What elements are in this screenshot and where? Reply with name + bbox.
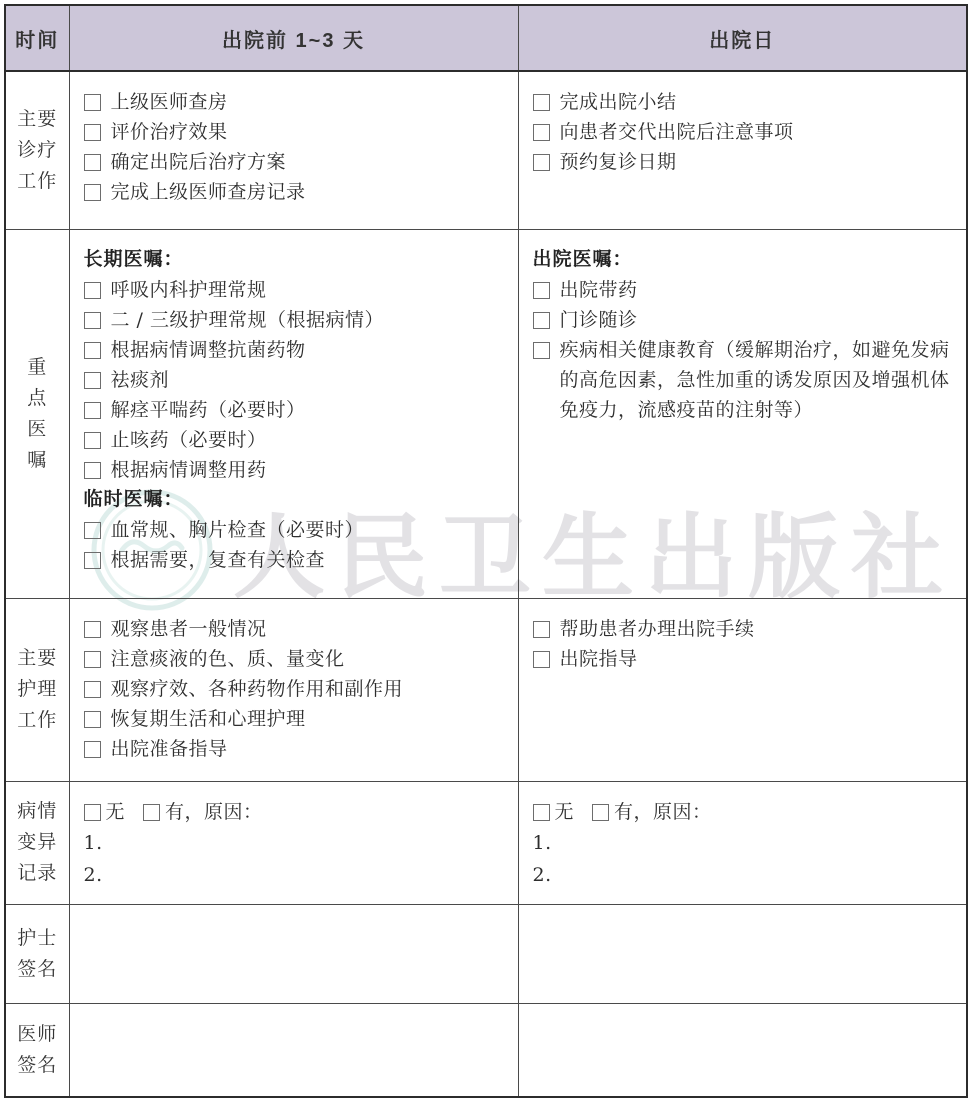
checklist-item: 血常规、胸片检查（必要时） bbox=[84, 515, 510, 545]
checkbox-has-reason[interactable] bbox=[592, 804, 609, 821]
row-label-line: 护士 bbox=[7, 923, 68, 954]
checkbox[interactable] bbox=[533, 342, 550, 359]
header-discharge-day: 出院日 bbox=[518, 5, 967, 71]
checkbox-none[interactable] bbox=[84, 804, 101, 821]
option-none-label: 无 bbox=[106, 797, 126, 827]
checklist-item-label: 血常规、胸片检查（必要时） bbox=[111, 515, 510, 545]
checklist-item: 二 / 三级护理常规（根据病情） bbox=[84, 305, 510, 335]
row-label-line: 重 bbox=[7, 352, 68, 383]
checklist-item: 预约复诊日期 bbox=[533, 147, 959, 177]
row-main-nursing: 主要 护理 工作 观察患者一般情况 注意痰液的色、质、量变化 观察疗效、各种药物… bbox=[5, 598, 967, 781]
row-label-line: 护理 bbox=[7, 674, 68, 705]
checkbox[interactable] bbox=[84, 372, 101, 389]
checklist-item-label: 呼吸内科护理常规 bbox=[111, 275, 510, 305]
checklist-item: 解痉平喘药（必要时） bbox=[84, 395, 510, 425]
physician-signature-field-pre-days[interactable] bbox=[69, 1003, 518, 1097]
row-label-nurse-signature: 护士 签名 bbox=[5, 904, 69, 1003]
row-label-main-treatment: 主要 诊疗 工作 bbox=[5, 71, 69, 229]
row-key-orders: 重 点 医 嘱 长期医嘱： 呼吸内科护理常规 二 / 三级护理常规（根据病情） … bbox=[5, 229, 967, 598]
checkbox-has-reason[interactable] bbox=[143, 804, 160, 821]
reason-line-2[interactable]: 2. bbox=[533, 859, 959, 891]
checkbox-none[interactable] bbox=[533, 804, 550, 821]
section-heading-discharge-orders: 出院医嘱： bbox=[533, 245, 959, 275]
checklist-item: 完成上级医师查房记录 bbox=[84, 177, 510, 207]
checklist-item: 出院准备指导 bbox=[84, 734, 510, 764]
cell-orders-pre-days: 长期医嘱： 呼吸内科护理常规 二 / 三级护理常规（根据病情） 根据病情调整抗菌… bbox=[69, 229, 518, 598]
cell-treatment-discharge-day: 完成出院小结 向患者交代出院后注意事项 预约复诊日期 bbox=[518, 71, 967, 229]
row-label-variation-record: 病情 变异 记录 bbox=[5, 781, 69, 904]
cell-treatment-pre-days: 上级医师查房 评价治疗效果 确定出院后治疗方案 完成上级医师查房记录 bbox=[69, 71, 518, 229]
checklist-item: 出院带药 bbox=[533, 275, 959, 305]
checkbox[interactable] bbox=[84, 154, 101, 171]
checklist-item-label: 观察患者一般情况 bbox=[111, 614, 510, 644]
cell-orders-discharge-day: 出院医嘱： 出院带药 门诊随诊 疾病相关健康教育（缓解期治疗，如避免发病的高危因… bbox=[518, 229, 967, 598]
checkbox[interactable] bbox=[84, 651, 101, 668]
checklist-item: 上级医师查房 bbox=[84, 87, 510, 117]
checkbox[interactable] bbox=[533, 154, 550, 171]
checklist-item-label: 根据病情调整抗菌药物 bbox=[111, 335, 510, 365]
checklist-item-label: 完成上级医师查房记录 bbox=[111, 177, 510, 207]
cell-nursing-discharge-day: 帮助患者办理出院手续 出院指导 bbox=[518, 598, 967, 781]
row-nurse-signature: 护士 签名 bbox=[5, 904, 967, 1003]
cell-variation-discharge-day: 无 有，原因： 1. 2. bbox=[518, 781, 967, 904]
checklist-item: 确定出院后治疗方案 bbox=[84, 147, 510, 177]
option-none-label: 无 bbox=[555, 797, 575, 827]
checklist-item: 门诊随诊 bbox=[533, 305, 959, 335]
checkbox[interactable] bbox=[84, 432, 101, 449]
checkbox[interactable] bbox=[533, 651, 550, 668]
checklist-item: 呼吸内科护理常规 bbox=[84, 275, 510, 305]
checkbox[interactable] bbox=[84, 741, 101, 758]
checklist-item-label: 止咳药（必要时） bbox=[111, 425, 510, 455]
row-label-line: 记录 bbox=[7, 858, 68, 889]
row-variation-record: 病情 变异 记录 无 有，原因： 1. 2. 无 有，原因： 1. 2. bbox=[5, 781, 967, 904]
checklist-item-label: 祛痰剂 bbox=[111, 365, 510, 395]
row-label-line: 医 bbox=[7, 414, 68, 445]
row-label-physician-signature: 医师 签名 bbox=[5, 1003, 69, 1097]
row-label-line: 工作 bbox=[7, 166, 68, 197]
checkbox[interactable] bbox=[84, 312, 101, 329]
checklist-item-label: 完成出院小结 bbox=[560, 87, 959, 117]
checkbox[interactable] bbox=[533, 94, 550, 111]
checklist-item-label: 疾病相关健康教育（缓解期治疗，如避免发病的高危因素，急性加重的诱发原因及增强机体… bbox=[560, 335, 959, 425]
clinical-pathway-table: 时间 出院前 1~3 天 出院日 主要 诊疗 工作 上级医师查房 评价治疗效果 … bbox=[4, 4, 968, 1098]
nurse-signature-field-discharge-day[interactable] bbox=[518, 904, 967, 1003]
checklist-item-label: 评价治疗效果 bbox=[111, 117, 510, 147]
row-label-main-nursing: 主要 护理 工作 bbox=[5, 598, 69, 781]
reason-line-1[interactable]: 1. bbox=[533, 827, 959, 859]
checklist-item: 疾病相关健康教育（缓解期治疗，如避免发病的高危因素，急性加重的诱发原因及增强机体… bbox=[533, 335, 959, 425]
checklist-item-label: 解痉平喘药（必要时） bbox=[111, 395, 510, 425]
checklist-item: 祛痰剂 bbox=[84, 365, 510, 395]
header-pre-discharge-days: 出院前 1~3 天 bbox=[69, 5, 518, 71]
checkbox[interactable] bbox=[84, 522, 101, 539]
checkbox[interactable] bbox=[533, 312, 550, 329]
checklist-item: 帮助患者办理出院手续 bbox=[533, 614, 959, 644]
row-label-line: 变异 bbox=[7, 827, 68, 858]
row-main-treatment: 主要 诊疗 工作 上级医师查房 评价治疗效果 确定出院后治疗方案 完成上级医师查… bbox=[5, 71, 967, 229]
row-label-key-orders: 重 点 医 嘱 bbox=[5, 229, 69, 598]
checklist-item-label: 出院指导 bbox=[560, 644, 959, 674]
checklist-item-label: 上级医师查房 bbox=[111, 87, 510, 117]
checkbox[interactable] bbox=[533, 282, 550, 299]
row-label-line: 工作 bbox=[7, 705, 68, 736]
row-label-line: 主要 bbox=[7, 104, 68, 135]
checkbox[interactable] bbox=[533, 621, 550, 638]
checklist-item-label: 出院准备指导 bbox=[111, 734, 510, 764]
cell-variation-pre-days: 无 有，原因： 1. 2. bbox=[69, 781, 518, 904]
row-label-line: 嘱 bbox=[7, 445, 68, 476]
checkbox[interactable] bbox=[84, 124, 101, 141]
row-label-line: 医师 bbox=[7, 1019, 68, 1050]
row-label-line: 签名 bbox=[7, 954, 68, 985]
checklist-item-label: 预约复诊日期 bbox=[560, 147, 959, 177]
section-heading-long-term-orders: 长期医嘱： bbox=[84, 245, 510, 275]
section-heading-temporary-orders: 临时医嘱： bbox=[84, 485, 510, 515]
variation-options: 无 有，原因： bbox=[533, 797, 959, 827]
checklist-item: 止咳药（必要时） bbox=[84, 425, 510, 455]
row-label-line: 诊疗 bbox=[7, 135, 68, 166]
checklist-item: 向患者交代出院后注意事项 bbox=[533, 117, 959, 147]
checklist-item: 注意痰液的色、质、量变化 bbox=[84, 644, 510, 674]
table-header-row: 时间 出院前 1~3 天 出院日 bbox=[5, 5, 967, 71]
option-has-label: 有，原因： bbox=[165, 797, 263, 827]
checkbox[interactable] bbox=[84, 621, 101, 638]
option-has-label: 有，原因： bbox=[614, 797, 712, 827]
checkbox[interactable] bbox=[84, 94, 101, 111]
checkbox[interactable] bbox=[84, 402, 101, 419]
checkbox[interactable] bbox=[84, 184, 101, 201]
checklist-item: 恢复期生活和心理护理 bbox=[84, 704, 510, 734]
checklist-item-label: 二 / 三级护理常规（根据病情） bbox=[111, 305, 510, 335]
checklist-item: 观察患者一般情况 bbox=[84, 614, 510, 644]
checklist-item: 评价治疗效果 bbox=[84, 117, 510, 147]
checklist-item-label: 确定出院后治疗方案 bbox=[111, 147, 510, 177]
checkbox[interactable] bbox=[84, 342, 101, 359]
physician-signature-field-discharge-day[interactable] bbox=[518, 1003, 967, 1097]
checkbox[interactable] bbox=[84, 552, 101, 569]
checklist-item-label: 帮助患者办理出院手续 bbox=[560, 614, 959, 644]
checklist-item-label: 恢复期生活和心理护理 bbox=[111, 704, 510, 734]
nurse-signature-field-pre-days[interactable] bbox=[69, 904, 518, 1003]
reason-line-1[interactable]: 1. bbox=[84, 827, 510, 859]
variation-options: 无 有，原因： bbox=[84, 797, 510, 827]
checklist-item: 根据病情调整抗菌药物 bbox=[84, 335, 510, 365]
checklist-item: 根据需要，复查有关检查 bbox=[84, 545, 510, 575]
checklist-item: 观察疗效、各种药物作用和副作用 bbox=[84, 674, 510, 704]
checklist-item-label: 出院带药 bbox=[560, 275, 959, 305]
row-label-line: 病情 bbox=[7, 796, 68, 827]
cell-nursing-pre-days: 观察患者一般情况 注意痰液的色、质、量变化 观察疗效、各种药物作用和副作用 恢复… bbox=[69, 598, 518, 781]
reason-line-2[interactable]: 2. bbox=[84, 859, 510, 891]
checkbox[interactable] bbox=[84, 681, 101, 698]
checklist-item-label: 根据病情调整用药 bbox=[111, 455, 510, 485]
checklist-item: 根据病情调整用药 bbox=[84, 455, 510, 485]
checklist-item-label: 向患者交代出院后注意事项 bbox=[560, 117, 959, 147]
checkbox[interactable] bbox=[84, 462, 101, 479]
row-label-line: 点 bbox=[7, 383, 68, 414]
checklist-item-label: 观察疗效、各种药物作用和副作用 bbox=[111, 674, 510, 704]
row-label-line: 主要 bbox=[7, 643, 68, 674]
row-physician-signature: 医师 签名 bbox=[5, 1003, 967, 1097]
header-time: 时间 bbox=[5, 5, 69, 71]
checkbox[interactable] bbox=[533, 124, 550, 141]
checklist-item: 出院指导 bbox=[533, 644, 959, 674]
row-label-line: 签名 bbox=[7, 1050, 68, 1081]
checklist-item-label: 注意痰液的色、质、量变化 bbox=[111, 644, 510, 674]
checklist-item-label: 门诊随诊 bbox=[560, 305, 959, 335]
checkbox[interactable] bbox=[84, 711, 101, 728]
checkbox[interactable] bbox=[84, 282, 101, 299]
checklist-item-label: 根据需要，复查有关检查 bbox=[111, 545, 510, 575]
checklist-item: 完成出院小结 bbox=[533, 87, 959, 117]
